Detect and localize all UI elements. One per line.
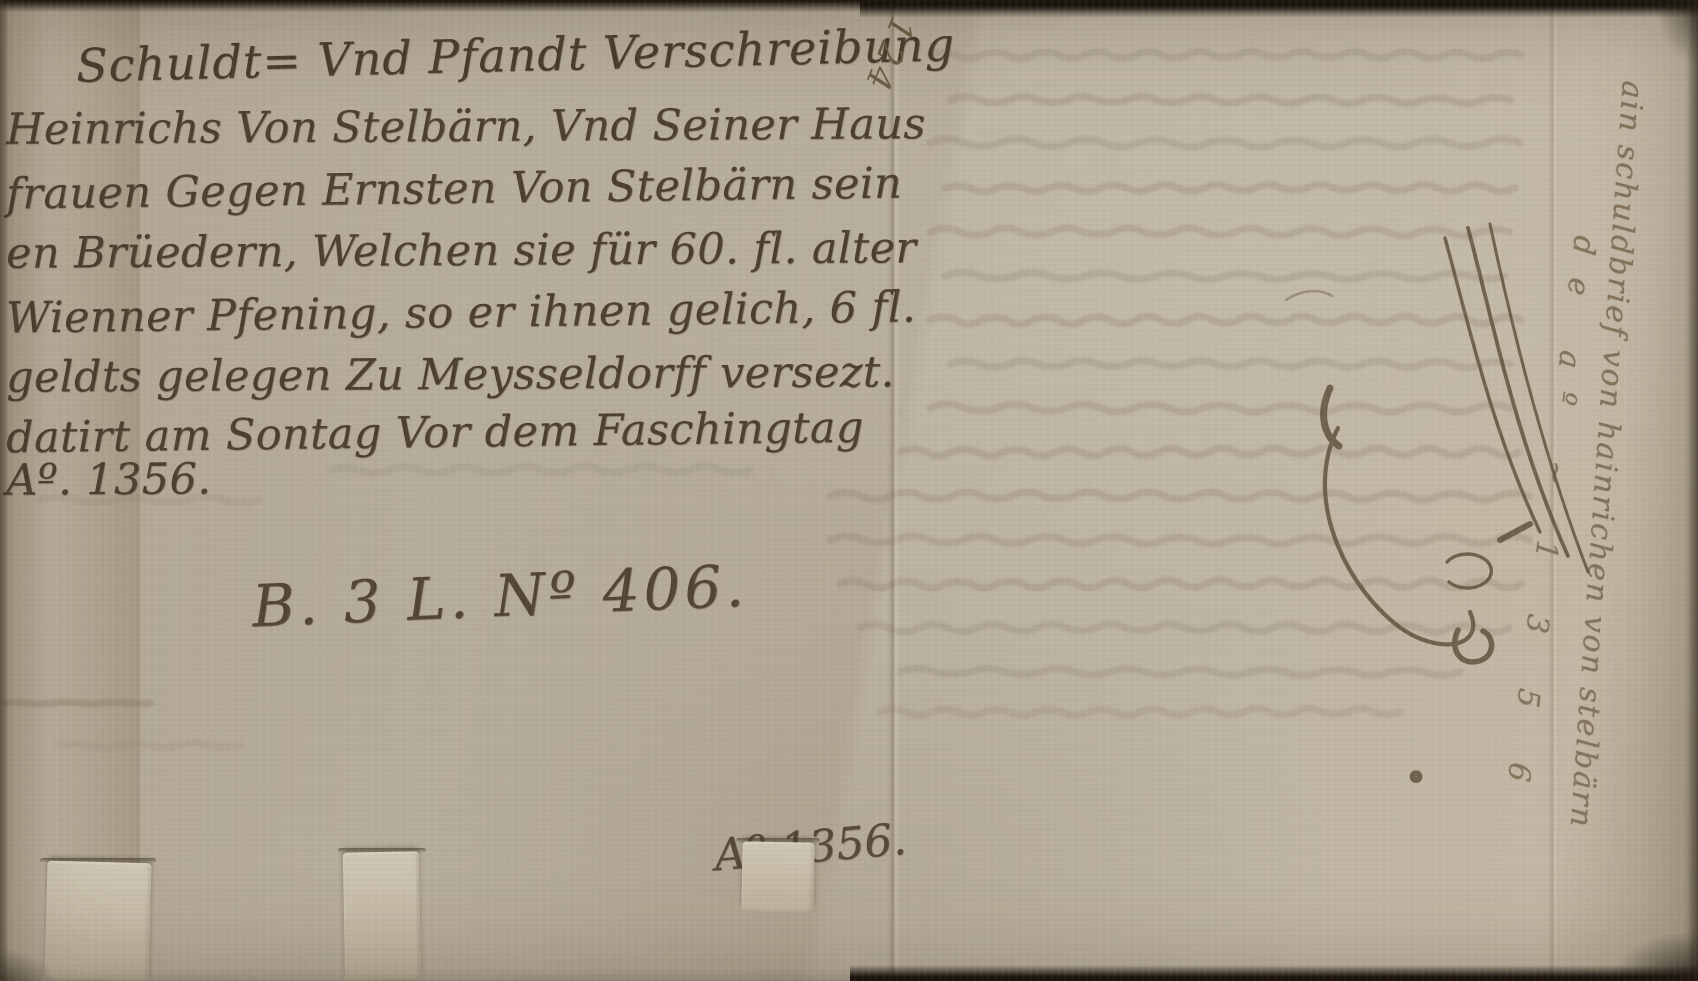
parchment-scan: Schuldt= Vnd Pfandt Verschreibung Heinri… bbox=[0, 0, 1698, 981]
scan-edge-bottom bbox=[850, 965, 1698, 981]
body-line: geldts gelegen Zu Meysseldorff versezt. bbox=[6, 347, 895, 402]
body-line: Wienner Pfening, so er ihnen gelich, 6 f… bbox=[6, 282, 917, 343]
scan-edge-right bbox=[1686, 0, 1698, 981]
body-line: frauen Gegen Ernsten Von Stelbärn sein bbox=[6, 159, 903, 220]
scan-corner-top-right bbox=[1638, 0, 1698, 90]
dorsal-note-line1: ain schuldbrief von hainrichen von stelb… bbox=[1563, 80, 1650, 830]
scan-edge-top-right bbox=[860, 0, 1698, 18]
body-line: en Brüedern, Welchen sie für 60. fl. alt… bbox=[6, 223, 917, 279]
document-title: Schuldt= Vnd Pfandt Verschreibung bbox=[75, 17, 955, 92]
scan-edge-top bbox=[0, 0, 1698, 12]
scan-corner-bottom-right bbox=[1578, 911, 1698, 981]
parchment-tab bbox=[741, 841, 814, 912]
body-line: Heinrichs Von Stelbärn, Vnd Seiner Haus bbox=[6, 99, 926, 155]
parchment-tab bbox=[343, 851, 421, 981]
archive-shelfmark: B. 3 L. Nº 406. bbox=[251, 552, 749, 641]
parchment-tab bbox=[44, 861, 151, 981]
body-line: Aº. 1356. bbox=[6, 454, 212, 505]
